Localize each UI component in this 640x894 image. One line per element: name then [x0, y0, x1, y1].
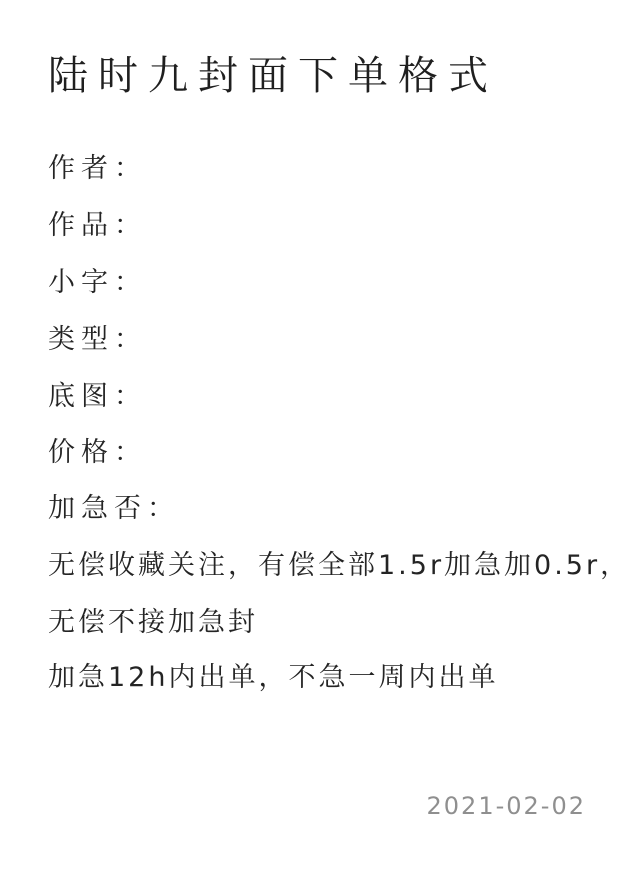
- field-label-base-image: 底图：: [48, 380, 147, 414]
- page-title: 陆时九封面下单格式: [48, 52, 498, 100]
- field-label-rush-or-not: 加急否：: [48, 492, 180, 526]
- note-pricing: 无偿收藏关注，有偿全部1.5r加急加0.5r，: [48, 549, 630, 583]
- order-format-note-page: 陆时九封面下单格式 作者： 作品： 小字： 类型： 底图： 价格： 加急否： 无…: [0, 0, 640, 894]
- field-label-work: 作品：: [48, 209, 147, 243]
- field-label-small-text: 小字：: [48, 266, 147, 300]
- field-label-price: 价格：: [48, 436, 147, 470]
- field-label-author: 作者：: [48, 152, 147, 186]
- note-turnaround: 加急12h内出单，不急一周内出单: [48, 661, 498, 695]
- date-stamp: 2021-02-02: [427, 792, 586, 820]
- note-no-free-rush: 无偿不接加急封: [48, 606, 258, 640]
- field-label-type: 类型：: [48, 323, 147, 357]
